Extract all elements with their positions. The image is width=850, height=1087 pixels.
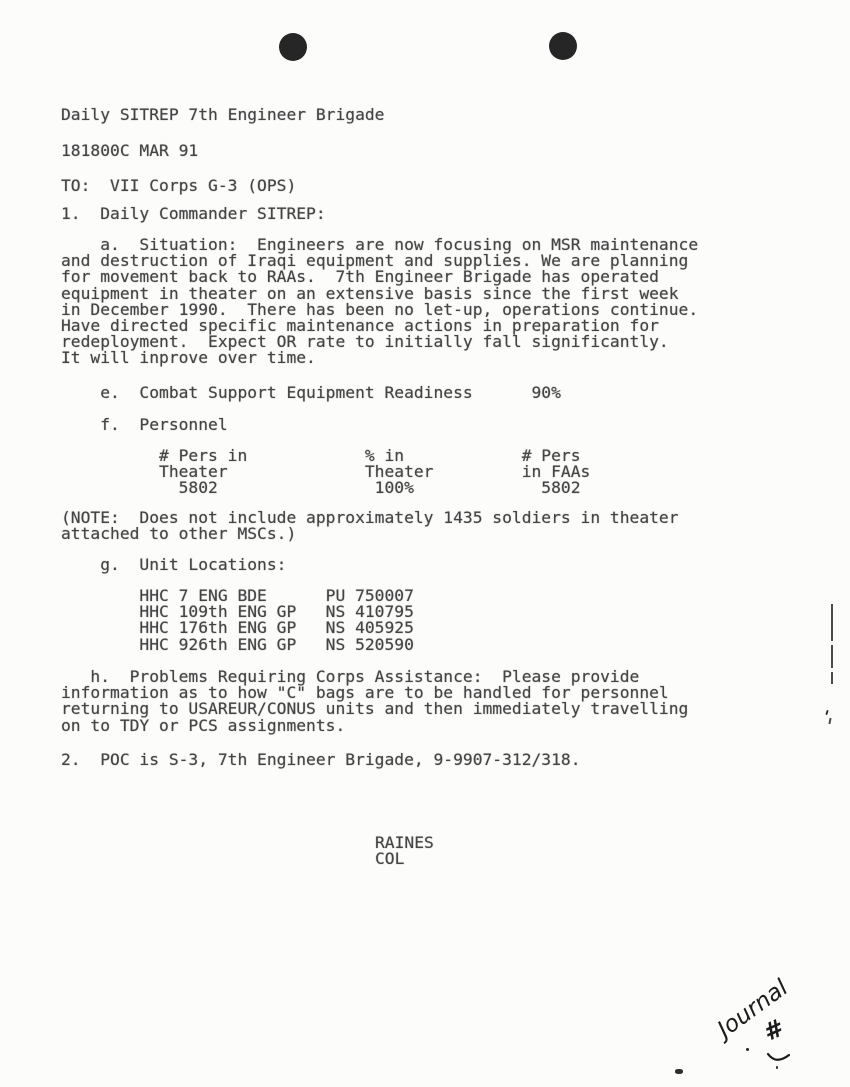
- personnel-table: # Pers in % in # Pers Theater Theater in…: [61, 448, 590, 497]
- item-e-equipment-readiness: e. Combat Support Equipment Readiness 90…: [61, 385, 561, 401]
- paragraph-h-problems: h. Problems Requiring Corps Assistance: …: [61, 669, 688, 734]
- item-2-poc-line: 2. POC is S-3, 7th Engineer Brigade, 9-9…: [61, 752, 581, 768]
- date-time-group-line: 181800C MAR 91: [61, 143, 198, 159]
- addressee-line: TO: VII Corps G-3 (OPS): [61, 178, 296, 194]
- item-g-unit-locations: g. Unit Locations:: [61, 557, 286, 573]
- hole-punch-mark-left: [279, 33, 307, 61]
- scan-speck: [825, 710, 828, 715]
- scan-line-artifact: [831, 645, 833, 668]
- scan-line-artifact: [831, 604, 833, 641]
- scan-speck: [675, 1069, 683, 1074]
- paragraph-a-situation: a. Situation: Engineers are now focusing…: [61, 237, 698, 367]
- item-f-personnel: f. Personnel: [61, 417, 228, 433]
- scan-line-artifact: [831, 672, 833, 684]
- item-1-heading: 1. Daily Commander SITREP:: [61, 206, 326, 222]
- signature-block: RAINES COL: [375, 835, 434, 867]
- hole-punch-mark-right: [549, 32, 577, 60]
- handwritten-number-sign: #: [759, 1014, 788, 1047]
- handwritten-curve-mark: [768, 1054, 789, 1060]
- scan-speck: [828, 718, 831, 724]
- note-paragraph: (NOTE: Does not include approximately 14…: [61, 510, 679, 542]
- unit-locations-list: HHC 7 ENG BDE PU 750007 HHC 109th ENG GP…: [61, 588, 414, 653]
- handwritten-annotation: Journal #: [690, 945, 840, 1080]
- sitrep-title-line: Daily SITREP 7th Engineer Brigade: [61, 107, 384, 123]
- scanned-sitrep-page: Daily SITREP 7th Engineer Brigade 181800…: [0, 0, 850, 1087]
